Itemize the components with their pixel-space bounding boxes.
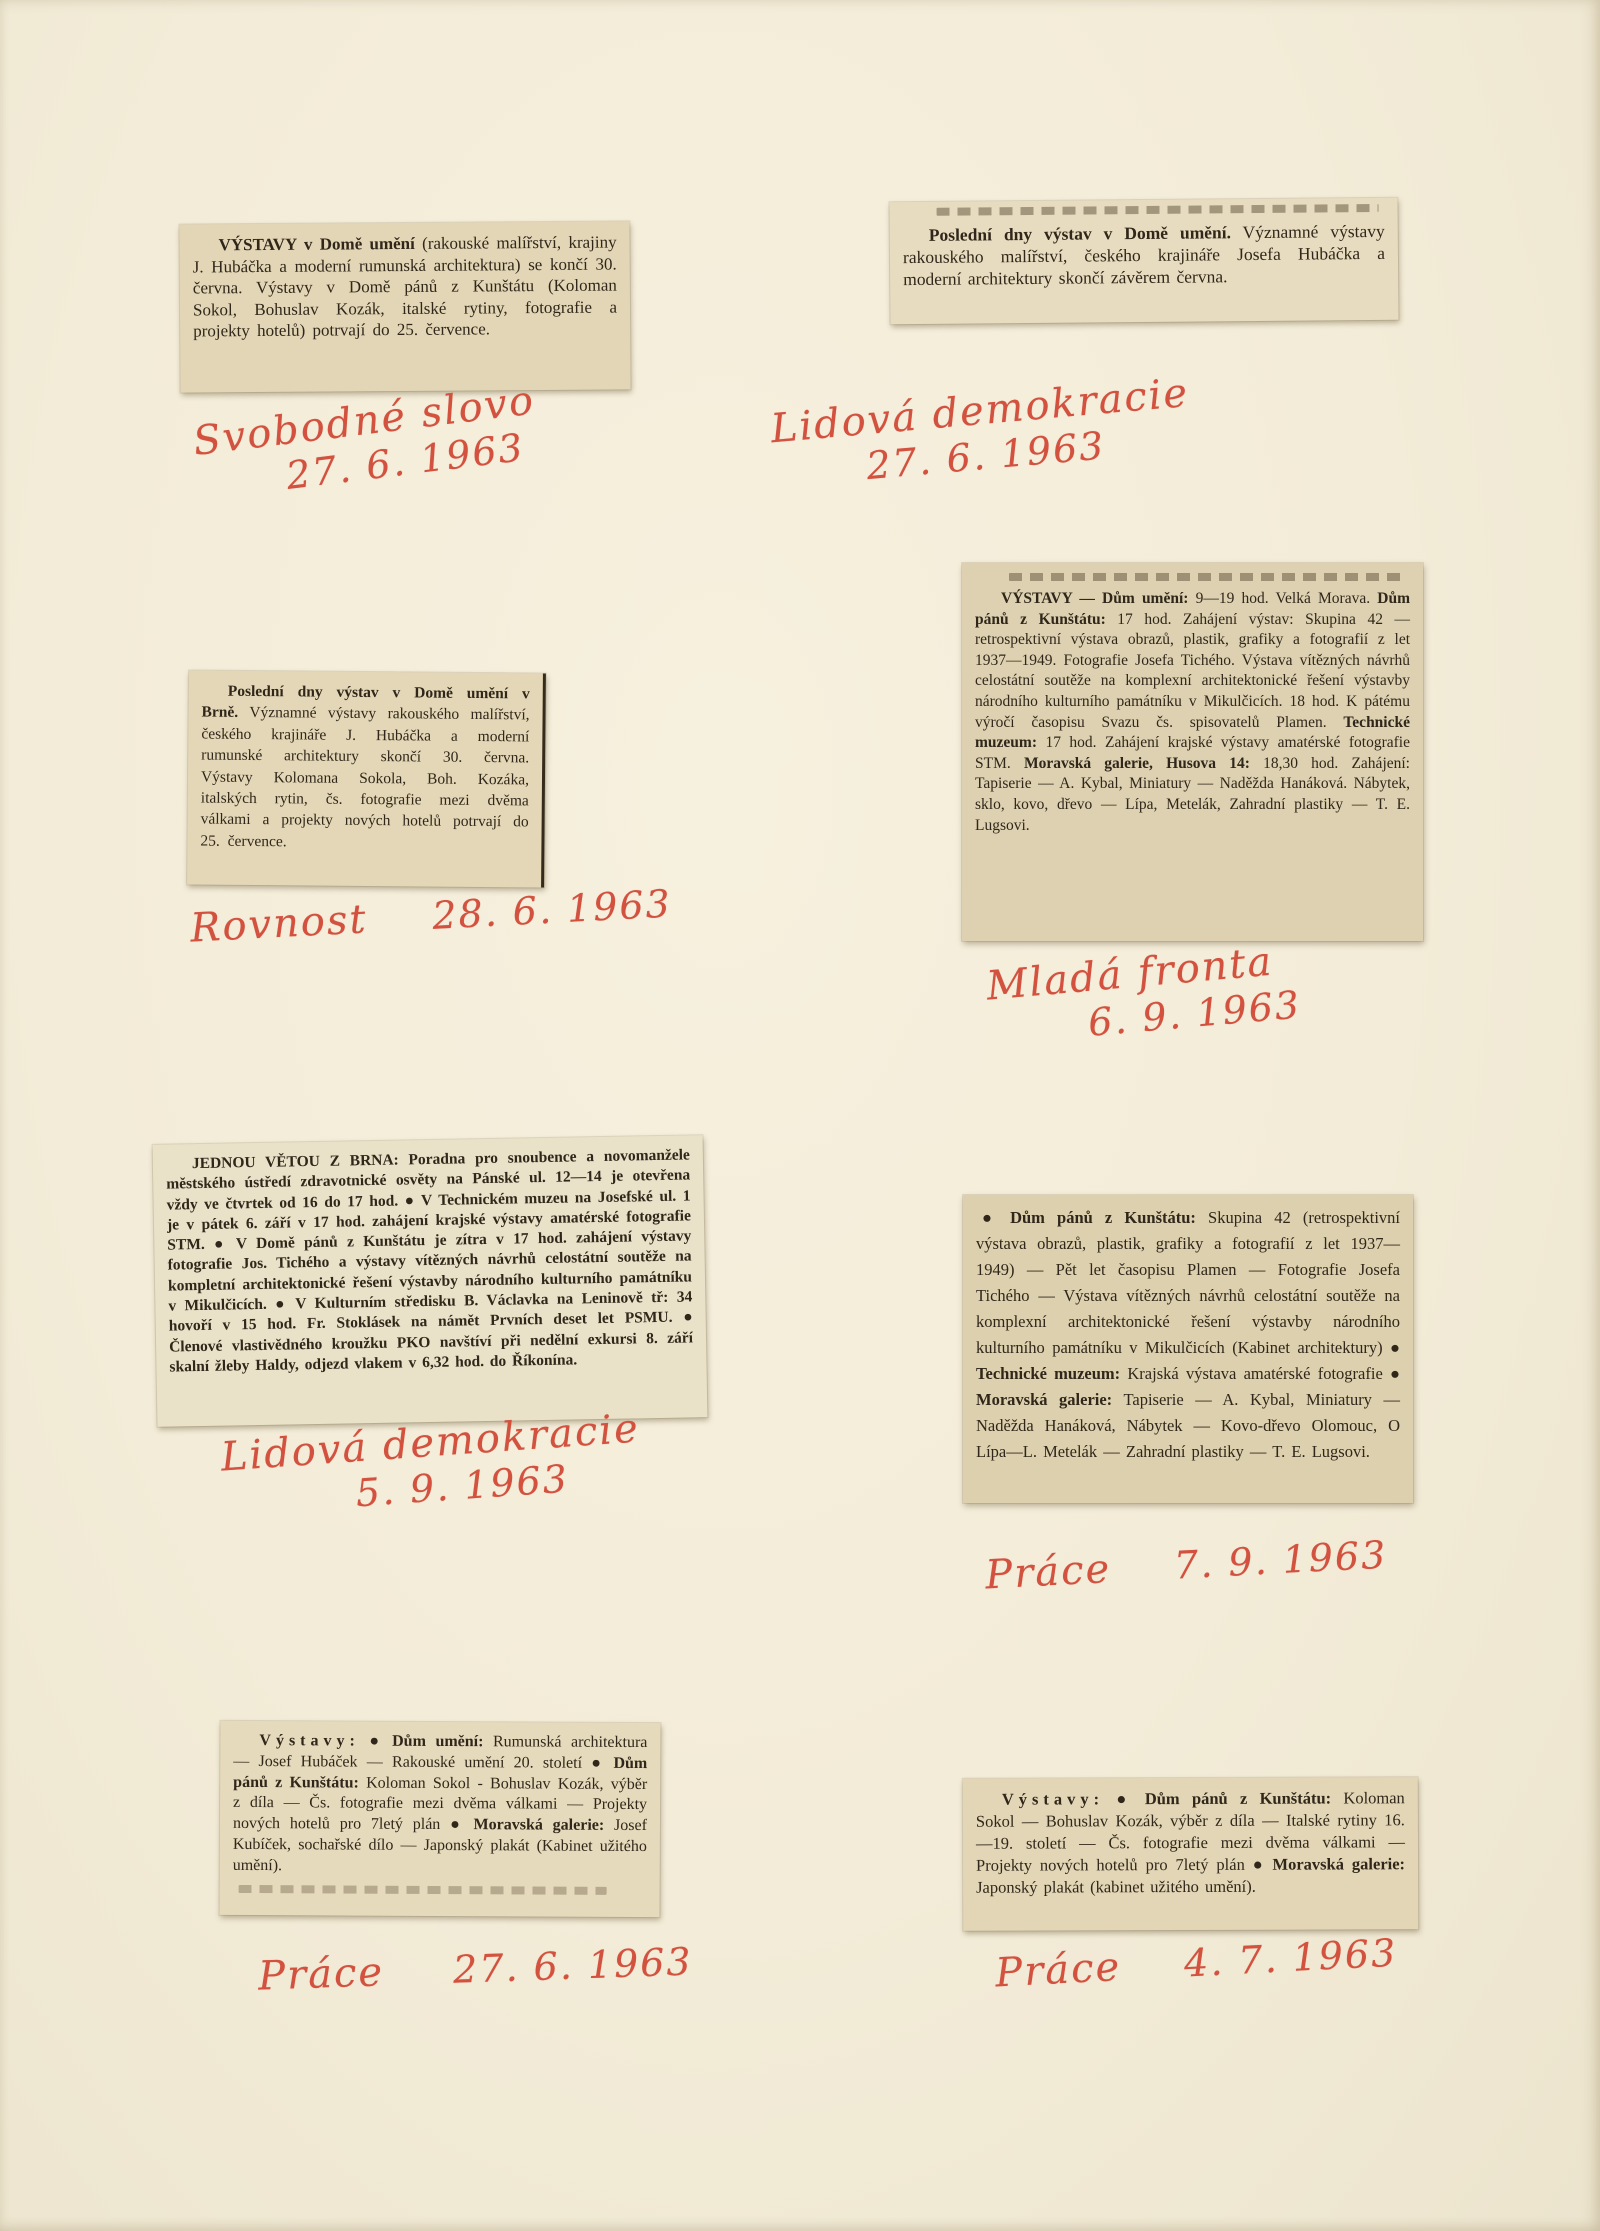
clipping-text: Výstavy: ● Dům pánů z Kunštátu: Koloman … <box>976 1787 1405 1898</box>
newspaper-name: Práce <box>984 1546 1112 1599</box>
news-clipping-lidova-demokracie-zari: JEDNOU VĚTOU Z BRNA: Poradna pro snouben… <box>153 1135 708 1427</box>
clipping-text: Poslední dny výstav v Domě umění v Brně.… <box>200 681 529 855</box>
handwritten-annotation-7: Práce 27. 6. 1963 <box>257 1938 693 1999</box>
torn-print-fragment <box>1009 573 1404 581</box>
annotation-date: 7. 9. 1963 <box>1173 1532 1388 1587</box>
newspaper-name: Práce <box>994 1944 1122 1997</box>
clipping-text: ● Dům pánů z Kunštátu: Skupina 42 (retro… <box>976 1205 1400 1465</box>
handwritten-annotation-2: Lidová demokracie 27. 6. 1963 <box>769 370 1195 496</box>
annotation-date: 4. 7. 1963 <box>1183 1930 1398 1985</box>
scrapbook-page: VÝSTAVY v Domě umění (rakouské malířství… <box>0 0 1600 2231</box>
clipping-text: JEDNOU VĚTOU Z BRNA: Poradna pro snouben… <box>166 1145 694 1377</box>
handwritten-annotation-4: Mladá fronta 6. 9. 1963 <box>985 937 1303 1054</box>
torn-print-fragment <box>239 1885 607 1895</box>
handwritten-annotation-3: Rovnost 28. 6. 1963 <box>189 880 673 951</box>
news-clipping-rovnost: Poslední dny výstav v Domě umění v Brně.… <box>187 670 546 887</box>
handwritten-annotation-6: Práce 7. 9. 1963 <box>984 1532 1388 1599</box>
news-clipping-lidova-demokracie-cerven: Poslední dny výstav v Domě umění. Význam… <box>889 198 1398 324</box>
news-clipping-prace-cervenec: Výstavy: ● Dům pánů z Kunštátu: Koloman … <box>963 1777 1419 1931</box>
annotation-date: 27. 6. 1963 <box>452 1939 693 1991</box>
news-clipping-mlada-fronta: VÝSTAVY — Dům umění: 9—19 hod. Velká Mor… <box>962 563 1423 941</box>
clipping-text: VÝSTAVY v Domě umění (rakouské malířství… <box>192 232 617 343</box>
clipping-text: Výstavy: ● Dům umění: Rumunská architekt… <box>233 1731 648 1879</box>
newspaper-name: Práce <box>257 1949 384 1999</box>
newspaper-name: Rovnost <box>189 896 368 951</box>
handwritten-annotation-1: Svobodné slovo 27. 6. 1963 <box>191 377 543 508</box>
torn-print-fragment <box>937 204 1379 216</box>
clipping-text: VÝSTAVY — Dům umění: 9—19 hod. Velká Mor… <box>975 589 1410 836</box>
news-clipping-prace-cerven: Výstavy: ● Dům umění: Rumunská architekt… <box>219 1721 660 1917</box>
news-clipping-svobodne-slovo: VÝSTAVY v Domě umění (rakouské malířství… <box>179 221 630 392</box>
news-clipping-prace-zari: ● Dům pánů z Kunštátu: Skupina 42 (retro… <box>963 1195 1413 1503</box>
clipping-text: Poslední dny výstav v Domě umění. Význam… <box>903 220 1386 290</box>
handwritten-annotation-8: Práce 4. 7. 1963 <box>994 1930 1398 1997</box>
annotation-date: 28. 6. 1963 <box>431 881 673 937</box>
